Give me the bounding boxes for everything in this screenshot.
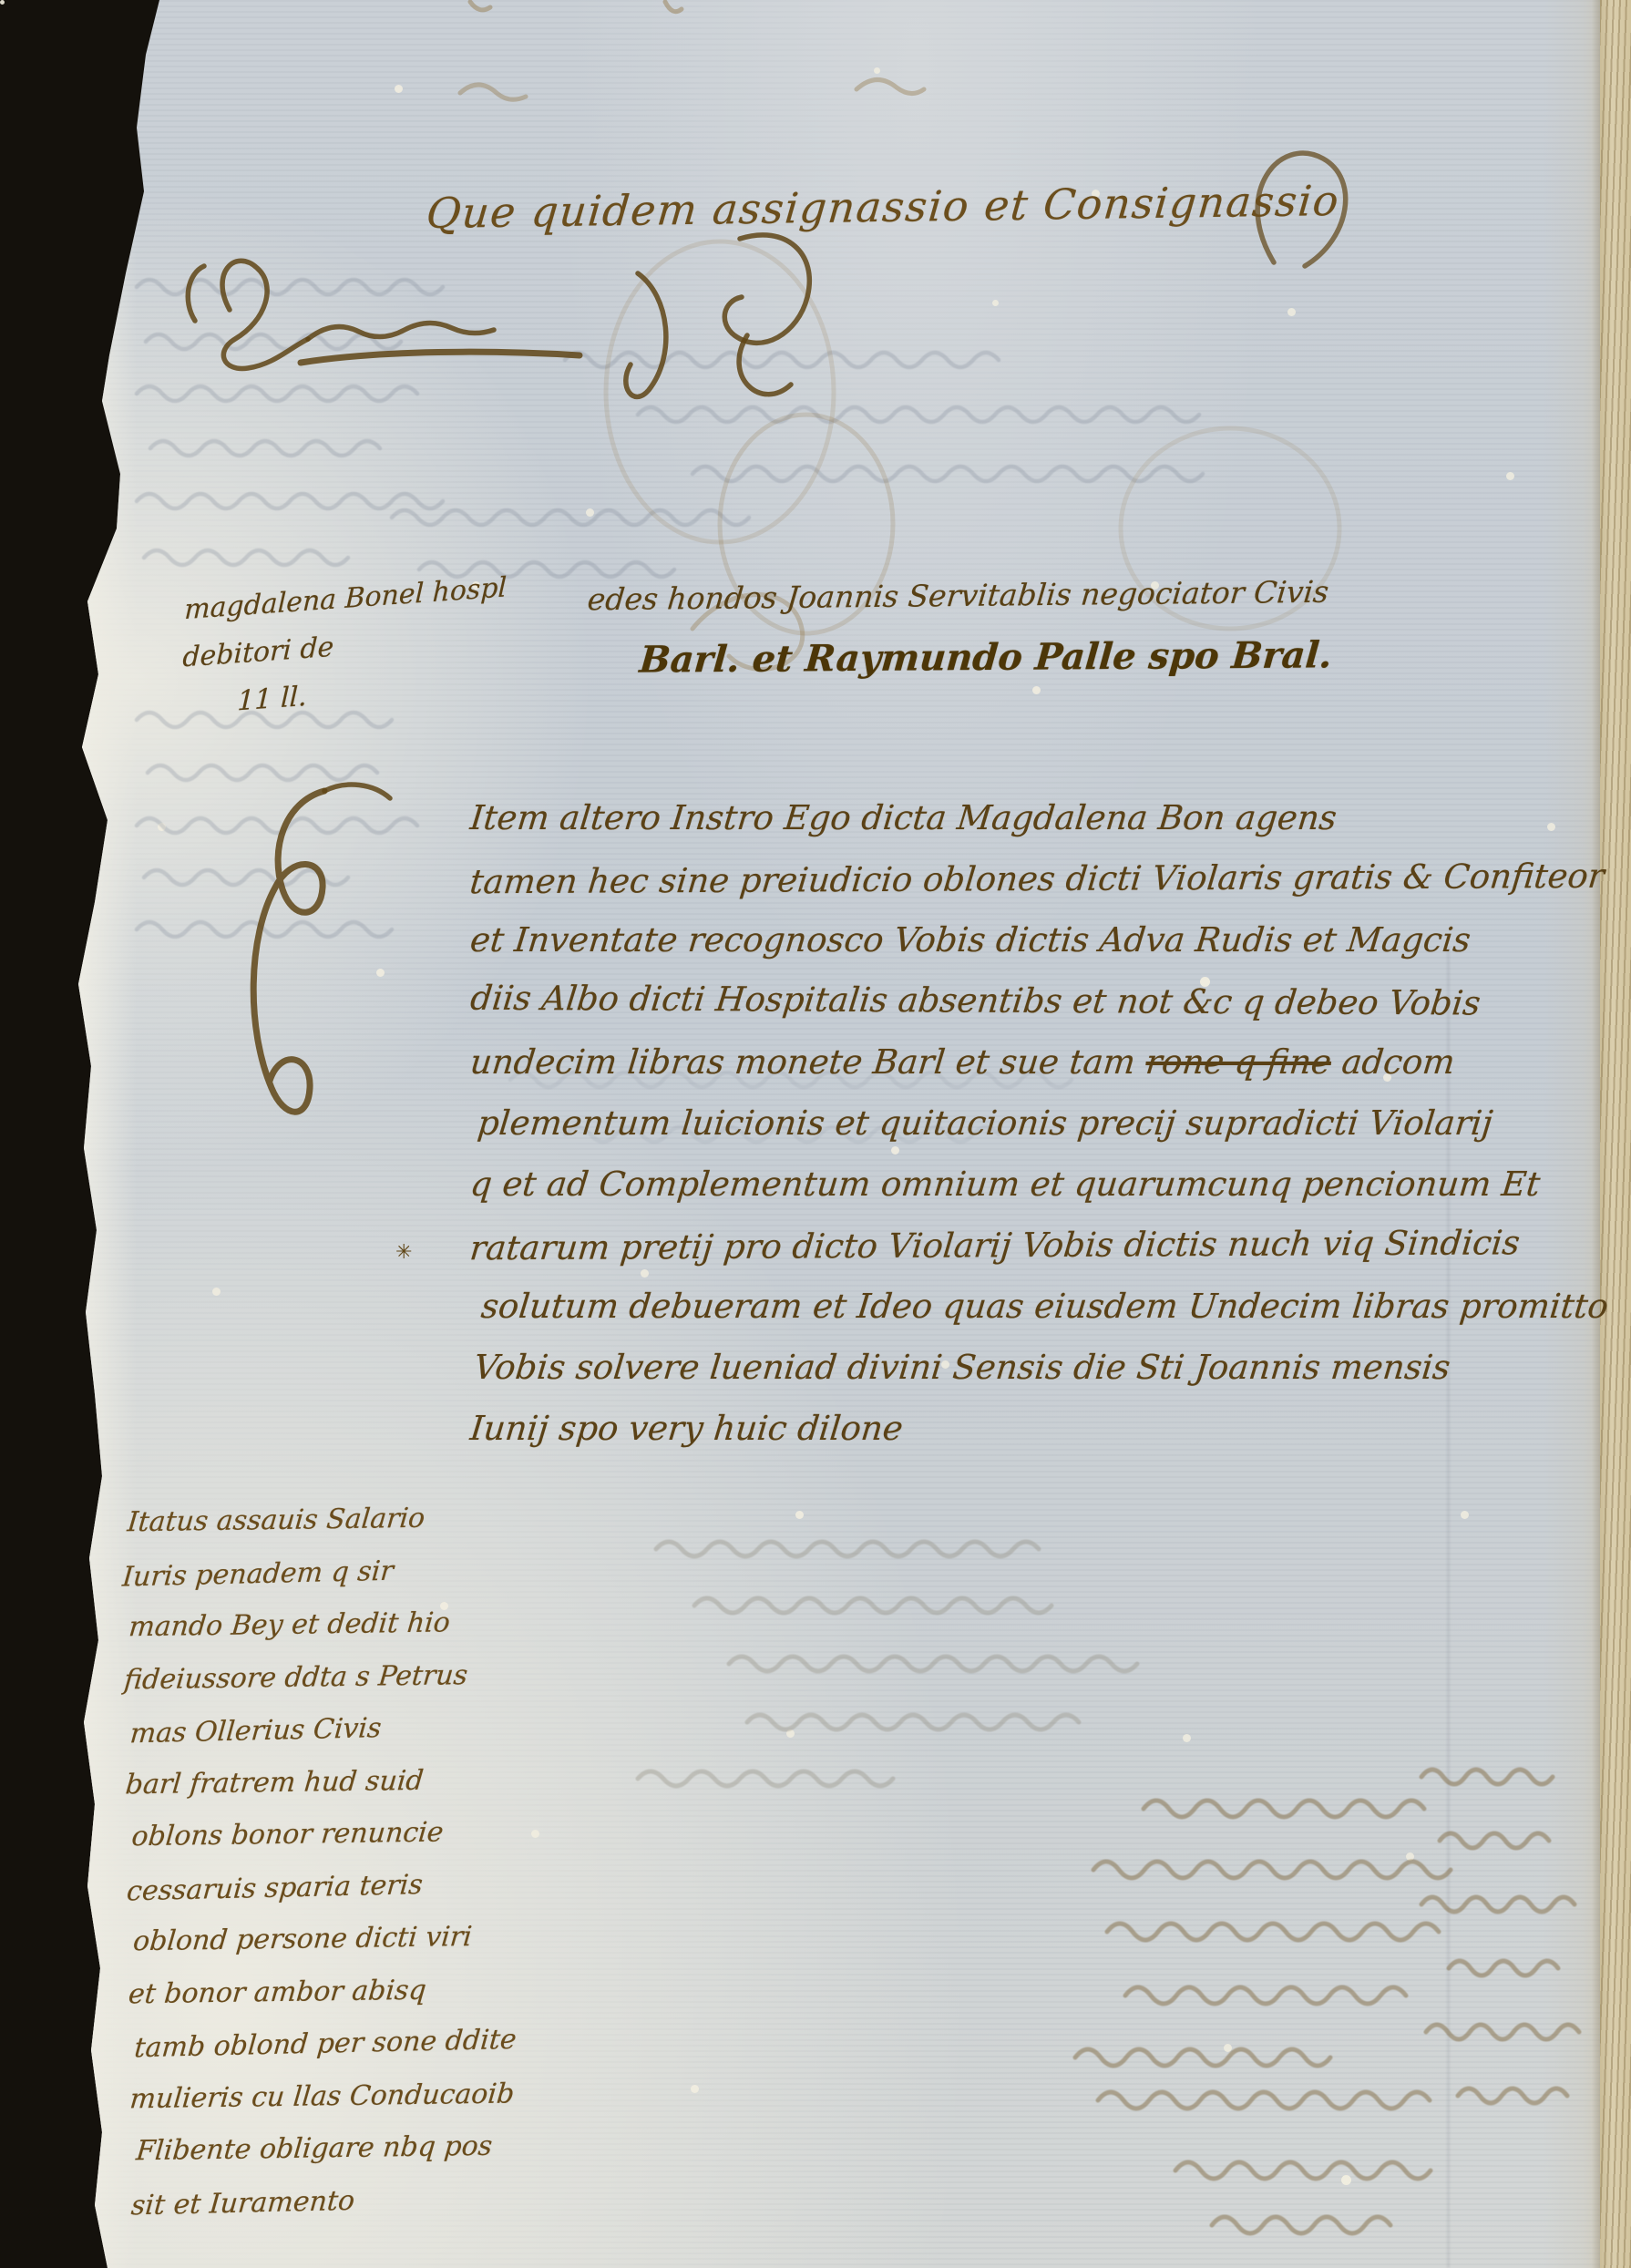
- margin-column-line: cessaruis sparia teris: [124, 1865, 566, 1927]
- margin-column-line: mando Bey et dedit hio: [126, 1606, 562, 1664]
- body-text-segment: et Inventate recognosco Vobis dictis Adv…: [468, 920, 1472, 960]
- body-text-segment: ratarum pretij pro dicto Violarij Vobis …: [468, 1223, 1522, 1267]
- margin-column-line: sit et Iuramento: [128, 2180, 570, 2242]
- body-text-segment: adcom: [1329, 1042, 1457, 1082]
- margin-column-line: mas Ollerius Civis: [127, 1709, 563, 1770]
- party-line-2: Barl. et Raymundo Palle spo Bral.: [638, 633, 1334, 681]
- body-text-line: ratarum pretij pro dicto Violarij Vobis …: [466, 1223, 1625, 1290]
- body-text-segment: q et ad Complementum omnium et quarumcun…: [468, 1165, 1542, 1204]
- body-text-line: Iunij spo very huic dilone: [466, 1409, 1625, 1470]
- body-text-line: solutum debueram et Ideo quas eiusdem Un…: [477, 1287, 1625, 1348]
- main-text-block: Item altero Instro Ego dicta Magdalena B…: [469, 798, 1622, 1470]
- body-text-line: undecim libras monete Barl et sue tam ro…: [466, 1042, 1625, 1103]
- margin-column-line: Flibente obligare nbq pos: [133, 2129, 569, 2188]
- body-text-line: et Inventate recognosco Vobis dictis Adv…: [466, 920, 1625, 981]
- margin-column-line: oblons bonor renuncie: [128, 1815, 565, 1873]
- body-text-segment: solutum debueram et Ideo quas eiusdem Un…: [479, 1287, 1610, 1326]
- margin-column-line: Iuris penadem q sir: [119, 1551, 561, 1613]
- struck-text-segment: rone q fine: [1144, 1042, 1333, 1082]
- margin-column-line: et bonor ambor abisq: [125, 1972, 567, 2030]
- body-text-segment: Iunij spo very huic dilone: [468, 1409, 905, 1448]
- body-text-line: plementum luicionis et quitacionis preci…: [473, 1103, 1625, 1165]
- margin-note: magdalena Bonel hospl debitori de 11 ll.: [180, 564, 508, 730]
- body-text-line: q et ad Complementum omnium et quarumcun…: [466, 1165, 1625, 1226]
- body-text-line: tamen hec sine preiudicio oblones dicti …: [466, 857, 1625, 924]
- body-text-line: diis Albo dicti Hospitalis absentibs et …: [467, 979, 1626, 1046]
- margin-column-line: fideiussore ddta s Petrus: [121, 1657, 563, 1716]
- margin-column-block: Itatus assauis Salario Iuris penadem q s…: [120, 1501, 568, 2241]
- body-text-segment: plementum luicionis et quitacionis preci…: [476, 1103, 1494, 1143]
- margin-column-line: oblond persone dicti viri: [130, 1920, 567, 1978]
- body-text-segment: tamen hec sine preiudicio oblones dicti …: [468, 857, 1606, 902]
- body-text-segment: diis Albo dicti Hospitalis absentibs et …: [468, 979, 1482, 1023]
- manuscript-scan: { "document": { "heading": "Que quidem a…: [0, 0, 1631, 2268]
- margin-column-line: barl fratrem hud suid: [122, 1762, 564, 1821]
- marginal-asterisk-mark: ✳: [395, 1241, 412, 1264]
- body-text-segment: Item altero Instro Ego dicta Magdalena B…: [468, 798, 1339, 837]
- margin-column-line: Itatus assauis Salario: [124, 1501, 560, 1559]
- margin-column-line: tamb oblond per sone ddite: [131, 2023, 568, 2085]
- body-text-line: Vobis solvere lueniad divini Sensis die …: [469, 1348, 1625, 1409]
- body-text-segment: undecim libras monete Barl et sue tam: [468, 1042, 1148, 1082]
- body-text-line: Item altero Instro Ego dicta Magdalena B…: [466, 798, 1625, 859]
- paper-speckles: [0, 0, 5, 5]
- body-text-segment: Vobis solvere lueniad divini Sensis die …: [472, 1348, 1452, 1387]
- margin-column-line: mulieris cu llas Conducaoib: [127, 2077, 569, 2135]
